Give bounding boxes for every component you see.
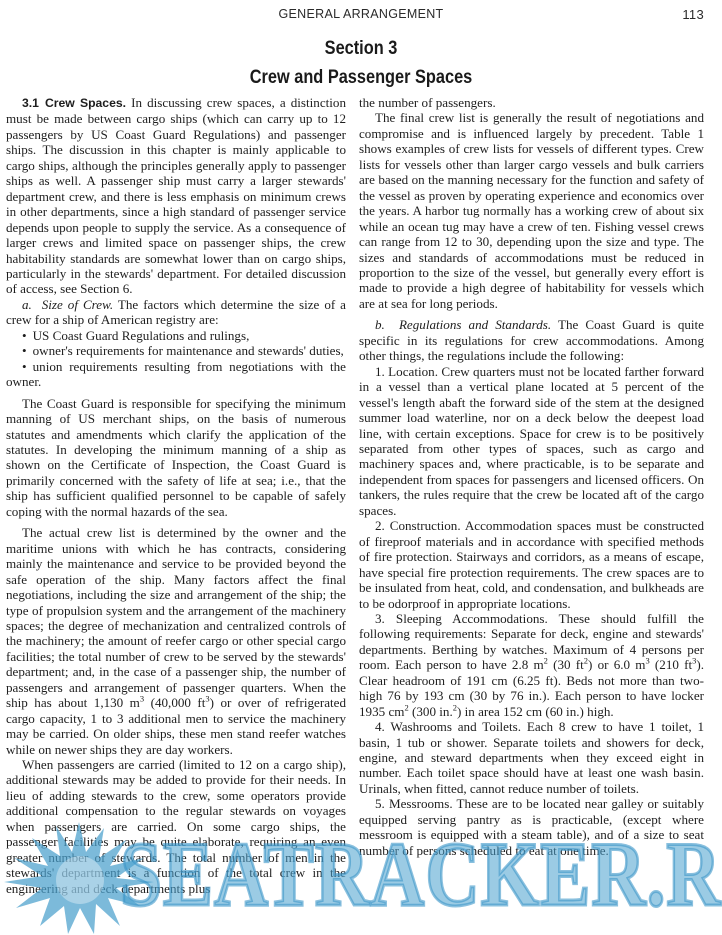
reefer-imperial: (40,000 ft xyxy=(151,695,206,710)
section-heading: Section 3 Crew and Passenger Spaces xyxy=(0,36,722,91)
paragraph-size-of-crew: a. Size of Crew. The factors which deter… xyxy=(6,297,346,328)
bullet-item: US Coast Guard Regulations and rulings, xyxy=(6,328,346,343)
paragraph-text: In discussing crew spaces, a distinction… xyxy=(6,95,346,296)
item-text: Crew quarters must not be located farthe… xyxy=(359,364,704,518)
page-number: 113 xyxy=(682,7,704,22)
item-text: (210 ft xyxy=(650,657,692,672)
running-head-title: GENERAL ARRANGEMENT xyxy=(0,7,722,21)
regulation-item-washrooms: 4. Washrooms and Toilets. Each 8 crew to… xyxy=(359,719,704,796)
reefer-metric: 1,130 m xyxy=(94,695,140,710)
item-label: 5. Messrooms. xyxy=(375,796,453,811)
regulation-item-construction: 2. Construction. Accommodation spaces mu… xyxy=(359,518,704,611)
paragraph-coast-guard: The Coast Guard is responsible for speci… xyxy=(6,396,346,520)
subsection-number: 3.1 xyxy=(22,96,39,110)
item-label: 1. Location. xyxy=(375,364,438,379)
item-letter: b. xyxy=(375,317,385,332)
left-column: 3.1Crew Spaces. In discussing crew space… xyxy=(6,95,346,896)
paragraph-actual-crew-list: The actual crew list is determined by th… xyxy=(6,525,346,757)
section-title: Crew and Passenger Spaces xyxy=(51,65,672,91)
paragraph-passengers-carried: When passengers are carried (limited to … xyxy=(6,757,346,896)
regulation-item-sleeping: 3. Sleeping Accommodations. These should… xyxy=(359,611,704,719)
item-text: (300 in. xyxy=(409,704,453,719)
item-text: (30 ft xyxy=(548,657,584,672)
regulation-item-location: 1. Location. Crew quarters must not be l… xyxy=(359,364,704,519)
paragraph-text: The actual crew list is determined by th… xyxy=(6,525,346,710)
bullet-item: union requirements resulting from negoti… xyxy=(6,359,346,390)
regulation-item-messrooms: 5. Messrooms. These are to be located ne… xyxy=(359,796,704,858)
item-heading: Regulations and Standards. xyxy=(399,317,551,332)
item-text: ) or 6.0 m xyxy=(588,657,645,672)
item-heading: Size of Crew. xyxy=(42,297,113,312)
paragraph-continuation: the number of passengers. xyxy=(359,95,704,110)
subsection-heading: Crew Spaces. xyxy=(45,96,126,110)
item-label: 3. Sleeping Accommodations. xyxy=(375,611,548,626)
item-label: 2. Construction. xyxy=(375,518,461,533)
right-column: the number of passengers. The final crew… xyxy=(359,95,704,858)
item-label: 4. Washrooms and Toilets. xyxy=(375,719,521,734)
paragraph-regulations: b. Regulations and Standards. The Coast … xyxy=(359,317,704,363)
paragraph-crew-spaces: 3.1Crew Spaces. In discussing crew space… xyxy=(6,95,346,297)
bullet-item: owner's requirements for maintenance and… xyxy=(6,343,346,358)
section-label: Section 3 xyxy=(51,36,672,62)
item-letter: a. xyxy=(22,297,32,312)
paragraph-final-crew-list: The final crew list is generally the res… xyxy=(359,110,704,311)
exponent: 3 xyxy=(140,694,144,704)
item-text: ) in area 152 cm (60 in.) high. xyxy=(457,704,614,719)
running-head: GENERAL ARRANGEMENT 113 xyxy=(0,6,722,24)
